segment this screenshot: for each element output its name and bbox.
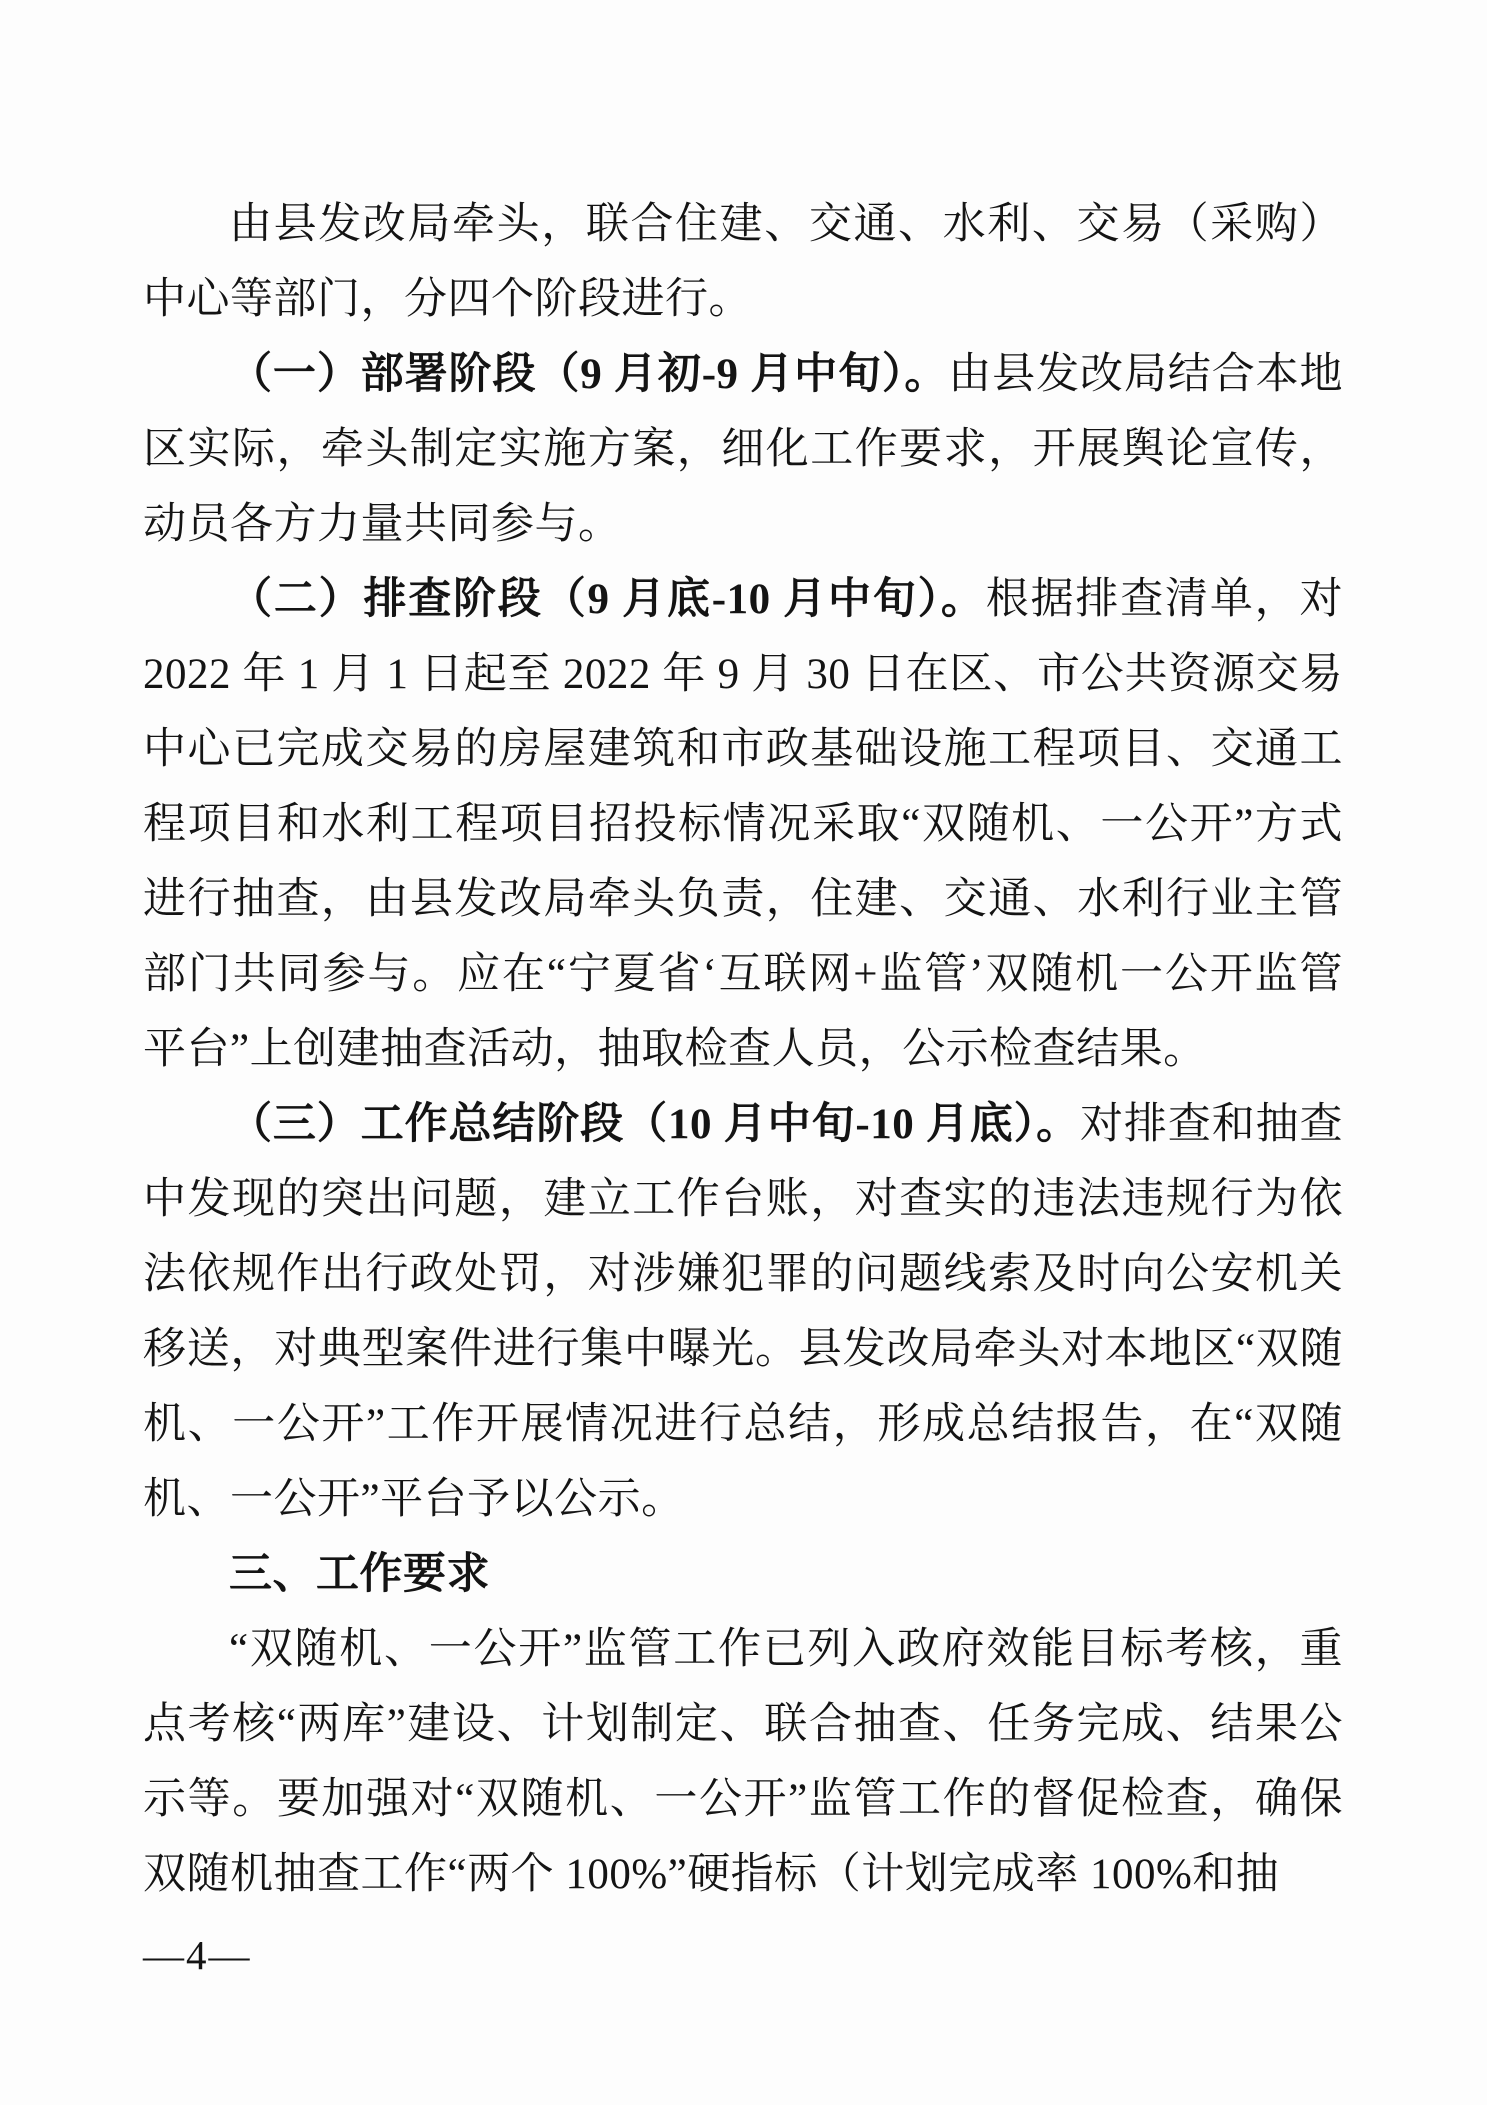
paragraph: “双随机、一公开”监管工作已列入政府效能目标考核，重点考核“两库”建设、计划制定… [143,1612,1343,1912]
paragraph: （二）排查阶段（9 月底-10 月中旬）。根据排查清单，对 2022 年 1 月… [143,562,1343,1087]
text-run: 三、工作要求 [229,1550,490,1598]
paragraph: （三）工作总结阶段（10 月中旬-10 月底）。对排查和抽查中发现的突出问题，建… [143,1087,1343,1537]
text-run: （三）工作总结阶段（10 月中旬-10 月底）。 [229,1101,1080,1148]
page-number: —4— [143,1925,252,1985]
paragraph: 由县发改局牵头，联合住建、交通、水利、交易（采购）中心等部门，分四个阶段进行。 [143,187,1343,337]
text-run: 对排查和抽查中发现的突出问题，建立工作台账，对查实的违法违规行为依法依规作出行政… [143,1101,1343,1523]
text-run: “双随机、一公开”监管工作已列入政府效能目标考核，重点考核“两库”建设、计划制定… [143,1626,1343,1898]
text-run: （一）部署阶段（9 月初-9 月中旬）。 [229,351,948,398]
document-page: 由县发改局牵头，联合住建、交通、水利、交易（采购）中心等部门，分四个阶段进行。（… [0,0,1487,2105]
section-heading: 三、工作要求 [143,1537,1343,1612]
text-run: 由县发改局牵头，联合住建、交通、水利、交易（采购）中心等部门，分四个阶段进行。 [143,201,1343,323]
text-run: （二）排查阶段（9 月底-10 月中旬）。 [229,576,986,623]
text-run: 根据排查清单，对 2022 年 1 月 1 日起至 2022 年 9 月 30 … [143,576,1343,1073]
paragraph: （一）部署阶段（9 月初-9 月中旬）。由县发改局结合本地区实际，牵头制定实施方… [143,337,1343,562]
document-body: 由县发改局牵头，联合住建、交通、水利、交易（采购）中心等部门，分四个阶段进行。（… [143,187,1343,1912]
